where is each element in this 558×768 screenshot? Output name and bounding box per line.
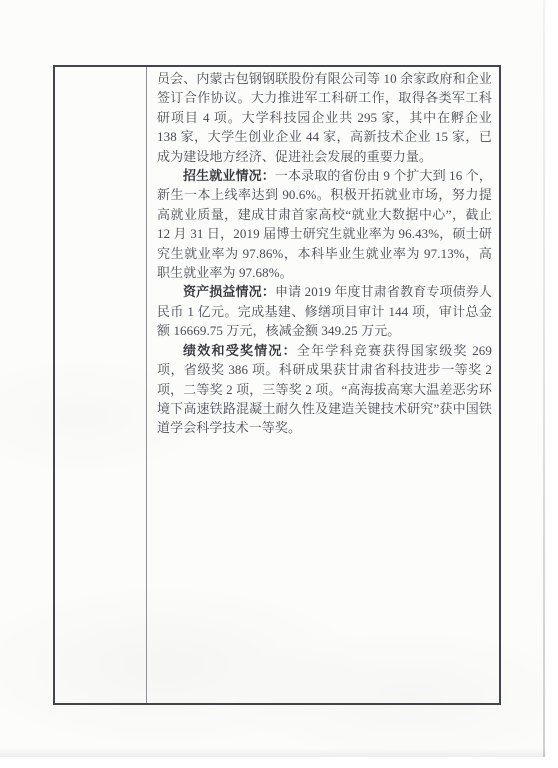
paragraph-lead: 资产损益情况： xyxy=(183,284,275,299)
table-left-label-cell xyxy=(55,67,147,703)
report-table: 员会、内蒙古包钢钢联股份有限公司等 10 余家政府和企业签订合作协议。大力推进军… xyxy=(53,65,501,705)
paragraph-text: 员会、内蒙古包钢钢联股份有限公司等 10 余家政府和企业签订合作协议。大力推进军… xyxy=(157,71,492,164)
paragraph-performance-awards: 绩效和受奖情况：全年学科竞赛获得国家级奖 269 项，省级奖 386 项。科研成… xyxy=(157,341,492,438)
paragraph-lead: 招生就业情况： xyxy=(183,168,275,183)
scan-bottom-edge xyxy=(0,748,546,757)
paragraph-lead: 绩效和受奖情况： xyxy=(183,343,297,358)
table-content-cell: 员会、内蒙古包钢钢联股份有限公司等 10 余家政府和企业签订合作协议。大力推进军… xyxy=(147,67,499,703)
scan-right-edge xyxy=(543,0,545,757)
paragraph-cooperation-continuation: 员会、内蒙古包钢钢联股份有限公司等 10 余家政府和企业签订合作协议。大力推进军… xyxy=(157,69,492,166)
paragraph-text: 一本录取的省份由 9 个扩大到 16 个，新生一本上线率达到 90.6%。积极开… xyxy=(157,168,492,280)
scanned-document-page: { "colors": { "paper": "#fcfcfa", "ink":… xyxy=(0,0,558,768)
paragraph-enrollment-employment: 招生就业情况：一本录取的省份由 9 个扩大到 16 个，新生一本上线率达到 90… xyxy=(157,166,492,282)
paragraph-asset-profit-loss: 资产损益情况：申请 2019 年度甘肃省教育专项债券人民币 1 亿元。完成基建、… xyxy=(157,282,492,340)
